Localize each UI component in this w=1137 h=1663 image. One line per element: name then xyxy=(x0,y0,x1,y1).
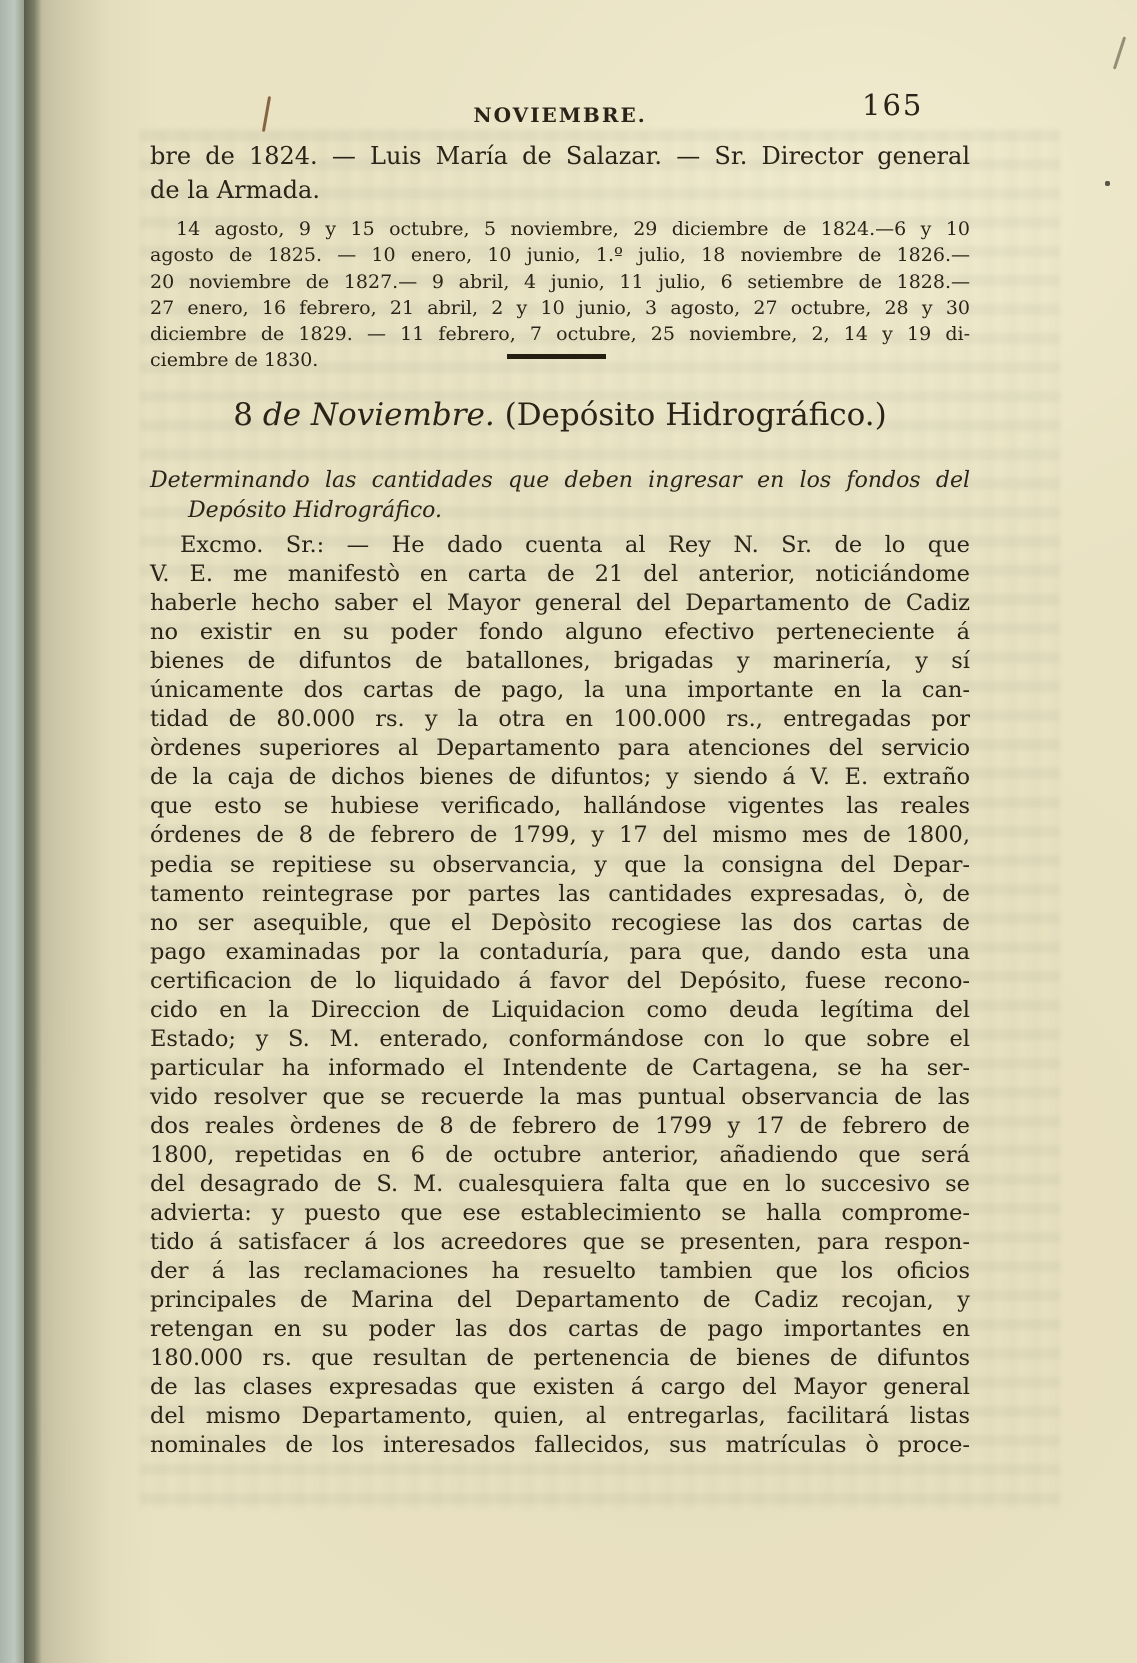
text-line: que esto se hubiese verificado, hallándo… xyxy=(150,792,970,821)
heading-month: de Noviembre. xyxy=(263,397,495,433)
text-line: bienes de difuntos de batallones, brigad… xyxy=(150,647,970,676)
text-line: 27 enero, 16 febrero, 21 abril, 2 y 10 j… xyxy=(150,295,970,321)
text-line: tamento reintegrase por partes las canti… xyxy=(150,880,970,909)
text-line: 20 noviembre de 1827.— 9 abril, 4 junio,… xyxy=(150,269,970,295)
text-line: 180.000 rs. que resultan de pertenencia … xyxy=(150,1344,970,1373)
text-line: diciembre de 1829. — 11 febrero, 7 octub… xyxy=(150,321,970,347)
date-footnote: 14 agosto, 9 y 15 octubre, 5 noviembre, … xyxy=(150,216,970,374)
intro-paragraph: bre de 1824. — Luis María de Salazar. — … xyxy=(150,139,970,207)
text-line: bre de 1824. — Luis María de Salazar. — … xyxy=(150,139,970,173)
text-line: Depósito Hidrográfico. xyxy=(150,496,970,526)
text-line: del desagrado de S. M. cualesquiera falt… xyxy=(150,1170,970,1199)
text-line: cido en la Direccion de Liquidacion como… xyxy=(150,996,970,1025)
text-line: advierta: y puesto que ese establecimien… xyxy=(150,1199,970,1228)
text-line: no existir en su poder fondo alguno efec… xyxy=(150,618,970,647)
text-line: órdenes de 8 de febrero de 1799, y 17 de… xyxy=(150,821,970,850)
text-line: no ser asequible, que el Depòsito recogi… xyxy=(150,909,970,938)
section-divider xyxy=(507,354,606,359)
text-line: de la caja de dichos bienes de difuntos;… xyxy=(150,763,970,792)
summary-paragraph: Determinando las cantidades que deben in… xyxy=(150,466,970,526)
text-line: principales de Marina del Departamento d… xyxy=(150,1286,970,1315)
text-line: Estado; y S. M. enterado, conformándose … xyxy=(150,1025,970,1054)
section-heading: 8 de Noviembre. (Depósito Hidrográfico.) xyxy=(150,397,970,433)
text-line: Excmo. Sr.: — He dado cuenta al Rey N. S… xyxy=(150,531,970,560)
text-line: particular ha informado el Intendente de… xyxy=(150,1054,970,1083)
text-line: de la Armada. xyxy=(150,173,970,207)
text-line: del mismo Departamento, quien, al entreg… xyxy=(150,1402,970,1431)
text-line: nominales de los interesados fallecidos,… xyxy=(150,1431,970,1460)
text-line: de las clases expresadas que existen á c… xyxy=(150,1373,970,1402)
heading-day: 8 xyxy=(233,397,253,433)
heading-subject: (Depósito Hidrográfico.) xyxy=(505,397,887,433)
text-line: pedia se repitiese su observancia, y que… xyxy=(150,851,970,880)
text-line: únicamente dos cartas de pago, la una im… xyxy=(150,676,970,705)
text-line: der á las reclamaciones ha resuelto tamb… xyxy=(150,1257,970,1286)
page-number: 165 xyxy=(862,88,923,122)
text-line: V. E. me manifestò en carta de 21 del an… xyxy=(150,560,970,589)
ink-speck xyxy=(1105,181,1110,186)
text-line: haberle hecho saber el Mayor general del… xyxy=(150,589,970,618)
text-line: dos reales òrdenes de 8 de febrero de 17… xyxy=(150,1112,970,1141)
text-line: vido resolver que se recuerde la mas pun… xyxy=(150,1083,970,1112)
text-line: 14 agosto, 9 y 15 octubre, 5 noviembre, … xyxy=(150,216,970,242)
text-line: Determinando las cantidades que deben in… xyxy=(150,466,970,496)
text-line: òrdenes superiores al Departamento para … xyxy=(150,734,970,763)
text-line: certificacion de lo liquidado á favor de… xyxy=(150,967,970,996)
text-line: retengan en su poder las dos cartas de p… xyxy=(150,1315,970,1344)
text-line: ciembre de 1830. xyxy=(150,347,970,373)
text-line: agosto de 1825. — 10 enero, 10 junio, 1.… xyxy=(150,242,970,268)
text-line: tido á satisfacer á los acreedores que s… xyxy=(150,1228,970,1257)
text-line: 1800, repetidas en 6 de octubre anterior… xyxy=(150,1141,970,1170)
book-gutter-shadow xyxy=(24,0,42,1663)
scanner-edge xyxy=(0,0,24,1663)
text-line: pago examinadas por la contaduría, para … xyxy=(150,938,970,967)
running-header: NOVIEMBRE. xyxy=(150,103,970,127)
body-paragraph: Excmo. Sr.: — He dado cuenta al Rey N. S… xyxy=(150,531,970,1461)
text-line: tidad de 80.000 rs. y la otra en 100.000… xyxy=(150,705,970,734)
